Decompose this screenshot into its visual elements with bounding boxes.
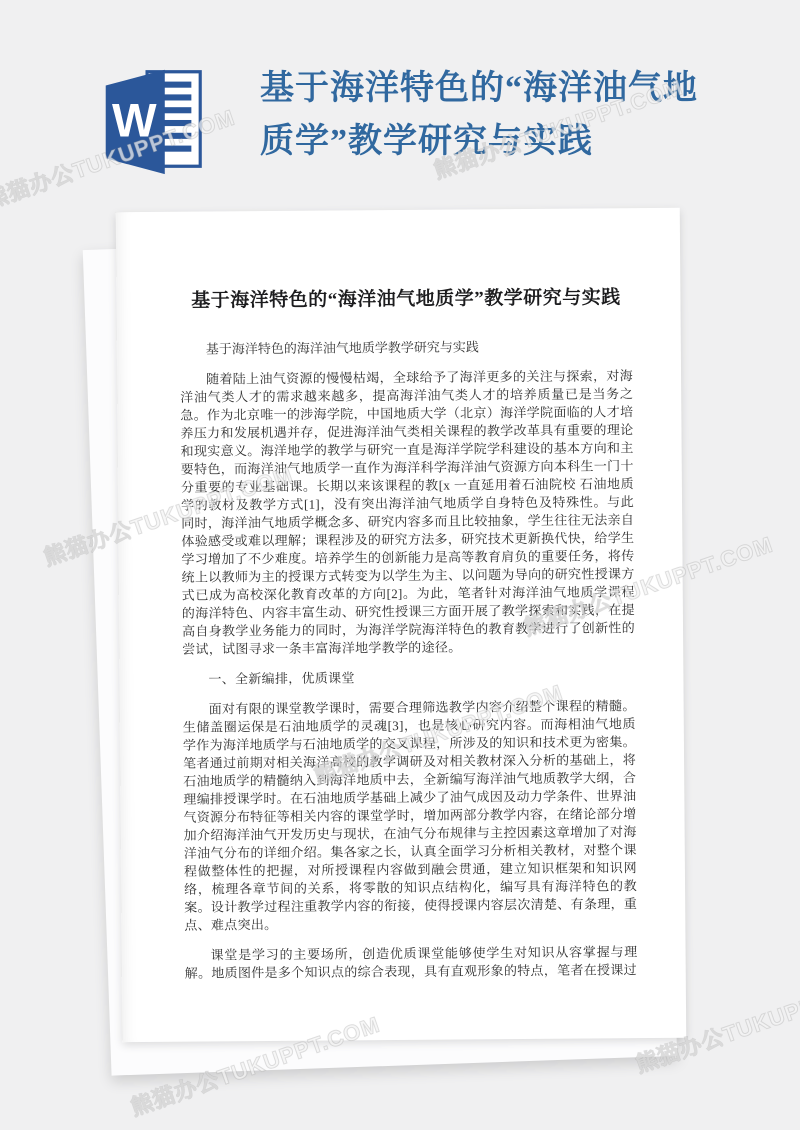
section-heading-1: 一、全新编排，优质课堂 <box>182 667 635 689</box>
page-subtitle: 基于海洋特色的海洋油气地质学教学研究与实践 <box>180 337 633 359</box>
svg-text:W: W <box>112 95 157 148</box>
page-title: 基于海洋特色的“海洋油气地质学”教学研究与实践 <box>179 282 632 313</box>
document-title-line1: 基于海洋特色的“海洋油气地 <box>260 62 740 115</box>
page-preview[interactable]: 基于海洋特色的“海洋油气地质学”教学研究与实践 基于海洋特色的海洋油气地质学教学… <box>116 208 687 1042</box>
word-document-icon: W <box>88 56 214 182</box>
header: W 基于海洋特色的“海洋油气地 质学”教学研究与实践 <box>0 0 800 200</box>
document-title-link[interactable]: 基于海洋特色的“海洋油气地 质学”教学研究与实践 <box>260 62 740 168</box>
paragraph-intro: 随着陆上油气资源的慢慢枯竭，全球给予了海洋更多的关注与探索，对海洋油气类人才的需… <box>180 367 635 659</box>
paragraph-classroom: 课堂是学习的主要场所，创造优质课堂能够使学生对知识从容掌握与理解。地质图件是多个… <box>185 943 638 983</box>
paragraph-section1: 面对有限的课堂教学课时，需要合理筛选教学内容介绍整个课程的精髓。生储盖圈运保是石… <box>183 697 638 935</box>
document-title-line2: 质学”教学研究与实践 <box>260 115 740 168</box>
